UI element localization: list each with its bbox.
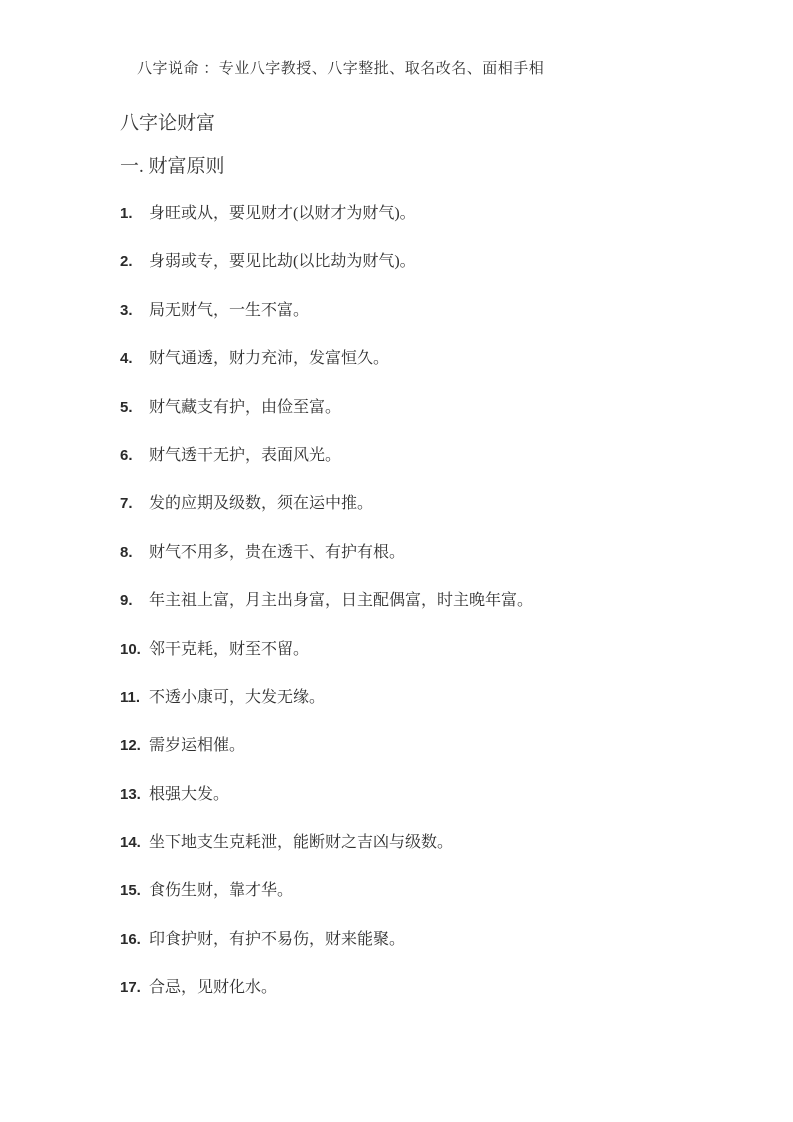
list-item: 14. 坐下地支生克耗泄，能断财之吉凶与级数。 bbox=[120, 832, 730, 854]
list-item-text: 合忌，见财化水。 bbox=[149, 977, 730, 999]
list-item: 17. 合忌，见财化水。 bbox=[120, 977, 730, 999]
list-item-text: 不透小康可，大发无缘。 bbox=[149, 687, 730, 709]
list-item: 16. 印食护财，有护不易伤，财来能聚。 bbox=[120, 929, 730, 951]
list-item-number: 13. bbox=[120, 784, 149, 806]
list-item: 12. 需岁运相催。 bbox=[120, 735, 730, 757]
list-item: 3. 局无财气，一生不富。 bbox=[120, 300, 730, 322]
list-item-number: 17. bbox=[120, 977, 149, 999]
list-item-number: 2. bbox=[120, 251, 149, 273]
list-item: 8. 财气不用多，贵在透干、有护有根。 bbox=[120, 542, 730, 564]
list-item-number: 12. bbox=[120, 735, 149, 757]
list-item-number: 5. bbox=[120, 397, 149, 419]
list-item: 15. 食伤生财，靠才华。 bbox=[120, 880, 730, 902]
list-item-text: 需岁运相催。 bbox=[149, 735, 730, 757]
list-item-number: 6. bbox=[120, 445, 149, 467]
list-item-number: 16. bbox=[120, 929, 149, 951]
list-item: 6. 财气透干无护，表面风光。 bbox=[120, 445, 730, 467]
list-item-text: 身旺或从，要见财才(以财才为财气)。 bbox=[149, 203, 730, 225]
list-item-text: 财气不用多，贵在透干、有护有根。 bbox=[149, 542, 730, 564]
list-item-text: 财气通透，财力充沛，发富恒久。 bbox=[149, 348, 730, 370]
list-item: 9. 年主祖上富，月主出身富，日主配偶富，时主晚年富。 bbox=[120, 590, 730, 612]
list-item-number: 3. bbox=[120, 300, 149, 322]
list-item: 7. 发的应期及级数，须在运中推。 bbox=[120, 493, 730, 515]
list-item: 4. 财气通透，财力充沛，发富恒久。 bbox=[120, 348, 730, 370]
list-item: 10. 邻干克耗，财至不留。 bbox=[120, 639, 730, 661]
list-item-number: 7. bbox=[120, 493, 149, 515]
principles-list: 1. 身旺或从，要见财才(以财才为财气)。 2. 身弱或专，要见比劫(以比劫为财… bbox=[120, 203, 730, 1026]
list-item-text: 食伤生财，靠才华。 bbox=[149, 880, 730, 902]
page-header-line: 八字说命 ：专业八字教授、八字整批、取名改名、面相手相 bbox=[137, 57, 544, 78]
list-item-text: 发的应期及级数，须在运中推。 bbox=[149, 493, 730, 515]
list-item-text: 局无财气，一生不富。 bbox=[149, 300, 730, 322]
list-item-text: 坐下地支生克耗泄，能断财之吉凶与级数。 bbox=[149, 832, 730, 854]
list-item-text: 根强大发。 bbox=[149, 784, 730, 806]
list-item-number: 10. bbox=[120, 639, 149, 661]
list-item-text: 身弱或专，要见比劫(以比劫为财气)。 bbox=[149, 251, 730, 273]
list-item-number: 9. bbox=[120, 590, 149, 612]
list-item-number: 1. bbox=[120, 203, 149, 225]
document-page: 八字说命 ：专业八字教授、八字整批、取名改名、面相手相 八字论财富 一. 财富原… bbox=[0, 0, 793, 1122]
list-item-number: 15. bbox=[120, 880, 149, 902]
list-item-text: 邻干克耗，财至不留。 bbox=[149, 639, 730, 661]
list-item-number: 11. bbox=[120, 687, 149, 709]
section-heading: 一. 财富原则 bbox=[120, 151, 225, 178]
list-item-text: 印食护财，有护不易伤，财来能聚。 bbox=[149, 929, 730, 951]
list-item-text: 年主祖上富，月主出身富，日主配偶富，时主晚年富。 bbox=[149, 590, 730, 612]
list-item: 5. 财气藏支有护，由俭至富。 bbox=[120, 397, 730, 419]
list-item: 1. 身旺或从，要见财才(以财才为财气)。 bbox=[120, 203, 730, 225]
list-item: 13. 根强大发。 bbox=[120, 784, 730, 806]
list-item: 11. 不透小康可，大发无缘。 bbox=[120, 687, 730, 709]
list-item-number: 8. bbox=[120, 542, 149, 564]
list-item-text: 财气藏支有护，由俭至富。 bbox=[149, 397, 730, 419]
list-item-text: 财气透干无护，表面风光。 bbox=[149, 445, 730, 467]
list-item-number: 4. bbox=[120, 348, 149, 370]
document-title: 八字论财富 bbox=[120, 108, 215, 135]
list-item: 2. 身弱或专，要见比劫(以比劫为财气)。 bbox=[120, 251, 730, 273]
list-item-number: 14. bbox=[120, 832, 149, 854]
